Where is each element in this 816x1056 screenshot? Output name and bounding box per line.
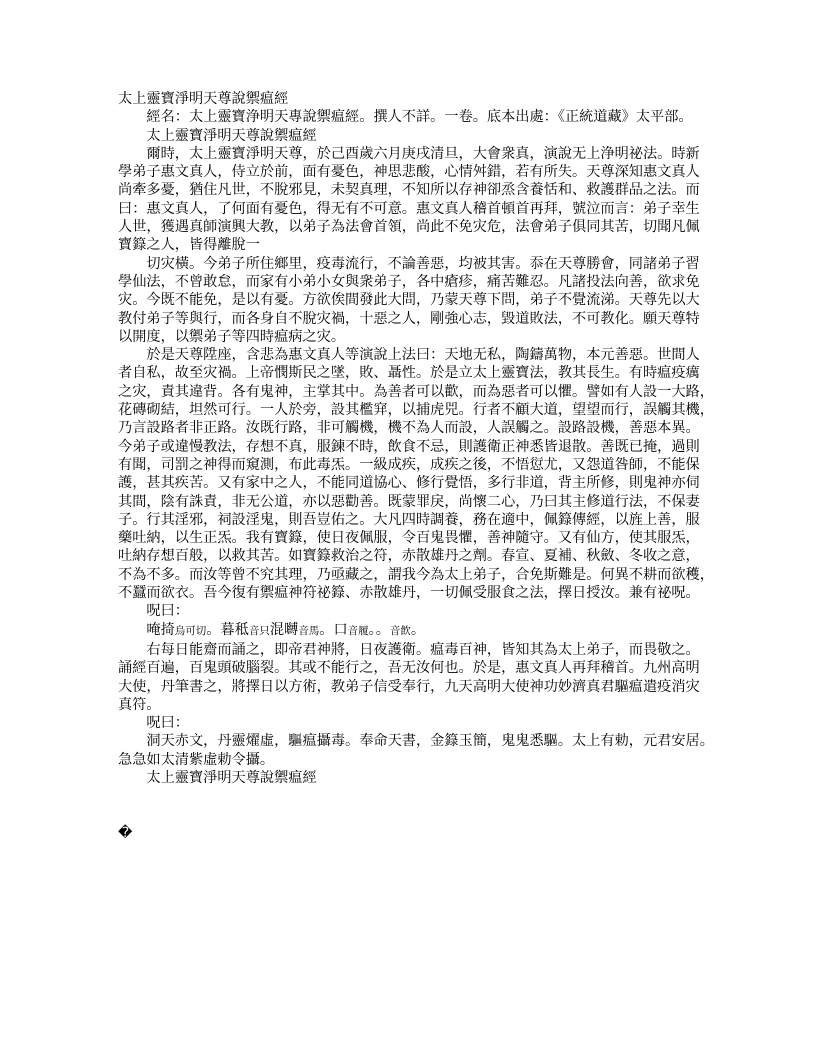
pronunciation-gloss: 音履 <box>348 626 369 637</box>
text-line <box>118 787 810 805</box>
text-line <box>118 806 810 824</box>
pronunciation-gloss: 音飲 <box>390 626 411 637</box>
text-line: 經名：太上靈寶浄明天專說禦瘟經。撰人不詳。一卷。底本出處：《正統道藏》太平部。 <box>118 108 810 126</box>
text-line: 切灾橫。今弟子所住鄉里，疫毒流行，不論善惡，均被其害。忝在天尊勝會，同諸弟子習 <box>118 255 810 273</box>
text-line: 曰：惠文真人，了何面有憂色，得无有不可意。惠文真人稽首頓首再拜，號泣而言：弟子幸… <box>118 200 810 218</box>
text-line: 不為不多。而汝等曾不究其理，乃亟藏之，謂我今為太上弟子，合免斯難是。何異不耕而欲… <box>118 566 810 584</box>
mantra-text: 。口 <box>319 622 347 638</box>
text-line: 誦經百遍，百鬼頭破腦裂。其或不能行之，吾无汝何也。於是，惠文真人再拜稽首。九州高… <box>118 659 810 677</box>
text-line: 學仙法，不曾敢怠，而家有小弟小女與衆弟子，各中瘡疹，痛苦難忍。凡諸投法向善，欲求… <box>118 273 810 291</box>
text-line: 右每日能齋而誦之，即帝君神將，日夜護衛。瘟毒百神，皆知其為太上弟子，而畏敬之。 <box>118 641 810 659</box>
text-line: 寶籙之人，皆得離脫一 <box>118 236 810 254</box>
text-line: 洞天赤文，丹靈燿虛，驅瘟攝毒。奉命天書，金籙玉簡，鬼鬼悉驅。太上有勅，元君安居。 <box>118 732 810 750</box>
text-line: 吐納存想百般，以救其苦。如寶籙救治之符，赤散雄丹之劑。春宣、夏補、秋斂、冬收之意… <box>118 547 810 565</box>
pronunciation-gloss: 音只 <box>249 626 270 637</box>
text-line: 急急如太清紫虛勅令攝。 <box>118 751 810 769</box>
text-line: 唵掎烏可切。暮秪音只混嚩音馬。口音履。。音飲。 <box>118 621 810 641</box>
text-line: 呪曰： <box>118 714 810 732</box>
text-line: 人世，獲遇真師演興大教，以弟子為法會首領，尚此不免灾危，法會弟子俱同其苦，切聞凡… <box>118 218 810 236</box>
text-line: 有聞，司罰之神得而窺測，布此毒炁。一級成疾，成疾之後，不悟愆尤，又怨道咎師，不能… <box>118 456 810 474</box>
text-line: 其間，陰有誅責，非无公道，亦以惡勸善。既蒙罪戾，尚懷二心，乃曰其主修道行法，不保… <box>118 493 810 511</box>
text-line: 於是天尊陞座，含悲為惠文真人等演說上法曰：天地无私，陶鑄萬物，本元善惡。世間人 <box>118 346 810 364</box>
text-line: 尚牽多憂，猶住凡世，不脫邪見，未契真理，不知所以存神卻烝含養恬和、救護群品之法。… <box>118 181 810 199</box>
text-line: 灾。今既不能免，是以有憂。方欲俟間發此大問，乃蒙天尊下問，弟子不覺流涕。天尊先以… <box>118 291 810 309</box>
mantra-text: 唵掎 <box>146 622 174 638</box>
text-line: 花磚砌結，坦然可行。一人於旁，設其檻穽，以捕虎兕。行者不顧大道，望望而行，誤觸其… <box>118 401 810 419</box>
mantra-text: 。暮秪 <box>206 622 249 638</box>
text-line: 乃言設路者非正路。汝既行路，非可觸機，機不為人而設，人誤觸之。設路設機，善惡本異… <box>118 419 810 437</box>
mantra-text: 混嚩 <box>270 622 298 638</box>
mantra-text: 。 <box>411 622 425 638</box>
text-line: 真符。 <box>118 696 810 714</box>
pronunciation-gloss: 烏可切 <box>175 626 207 637</box>
text-line: 爾時，太上靈寶淨明天尊，於己酉歲六月庚戌清旦，大會衆真，演說无上浄明祕法。時新 <box>118 145 810 163</box>
text-line: 今弟子或違慢教法，存想不真，服鍊不時，飲食不忌，則護衛正神悉皆退散。善既已掩，過… <box>118 438 810 456</box>
text-line: 呪曰： <box>118 602 810 620</box>
text-line: � <box>118 824 810 842</box>
text-line: 以開度，以禦弟子等四時瘟病之灾。 <box>118 328 810 346</box>
text-line: 太上靈寶淨明天尊說禦瘟經 <box>118 127 810 145</box>
text-line: 護，甚其疾苦。又有家中之人，不能同道協心、修行覺悟，多行非道，背主所修，則鬼神亦… <box>118 474 810 492</box>
text-line: 不蠶而欲衣。吾今復有禦瘟神符祕籙、赤散雄丹，一切佩受服食之法，擇日授汝。兼有祕呪… <box>118 584 810 602</box>
text-line: 太上靈寶淨明天尊說禦瘟經 <box>118 769 810 787</box>
text-line: 大使，丹筆書之，將擇日以方術，教弟子信受奉行，九天高明大使神功妙濟真君驅瘟遣疫消… <box>118 678 810 696</box>
text-line: 者自私，故至灾禍。上帝憫斯民之墜，敗、聶性。於是立太上靈寶法，教其長生。有時瘟疫… <box>118 364 810 382</box>
text-line: 之灾，責其違背。各有鬼神，主掌其中。為善者可以歡，而為惡者可以懼。譬如有人設一大… <box>118 383 810 401</box>
mantra-text: 。。 <box>369 622 390 638</box>
document-body: 太上靈寶淨明天尊說禦瘟經經名：太上靈寶浄明天專說禦瘟經。撰人不詳。一卷。底本出處… <box>118 90 810 842</box>
text-line: 子。行其淫邪，祠設淫鬼，則吾豈佑之。大凡四時調養，務在適中，佩籙傳經，以旌上善，… <box>118 511 810 529</box>
pronunciation-gloss: 音馬 <box>298 626 319 637</box>
text-line: 藥吐納，以生正炁。我有寶籙，使日夜佩服，令百鬼畏懼，善神隨守。又有仙方，使其服炁… <box>118 529 810 547</box>
text-line: 教付弟子等與行，而各身自不脫灾禍，十惡之人，剛強心志，毀道敗法，不可教化。願天尊… <box>118 310 810 328</box>
text-line: 學弟子惠文真人，侍立於前，面有憂色，神思悲酸，心情舛錯，若有所失。天尊深知惠文真… <box>118 163 810 181</box>
text-line: 太上靈寶淨明天尊說禦瘟經 <box>118 90 810 108</box>
